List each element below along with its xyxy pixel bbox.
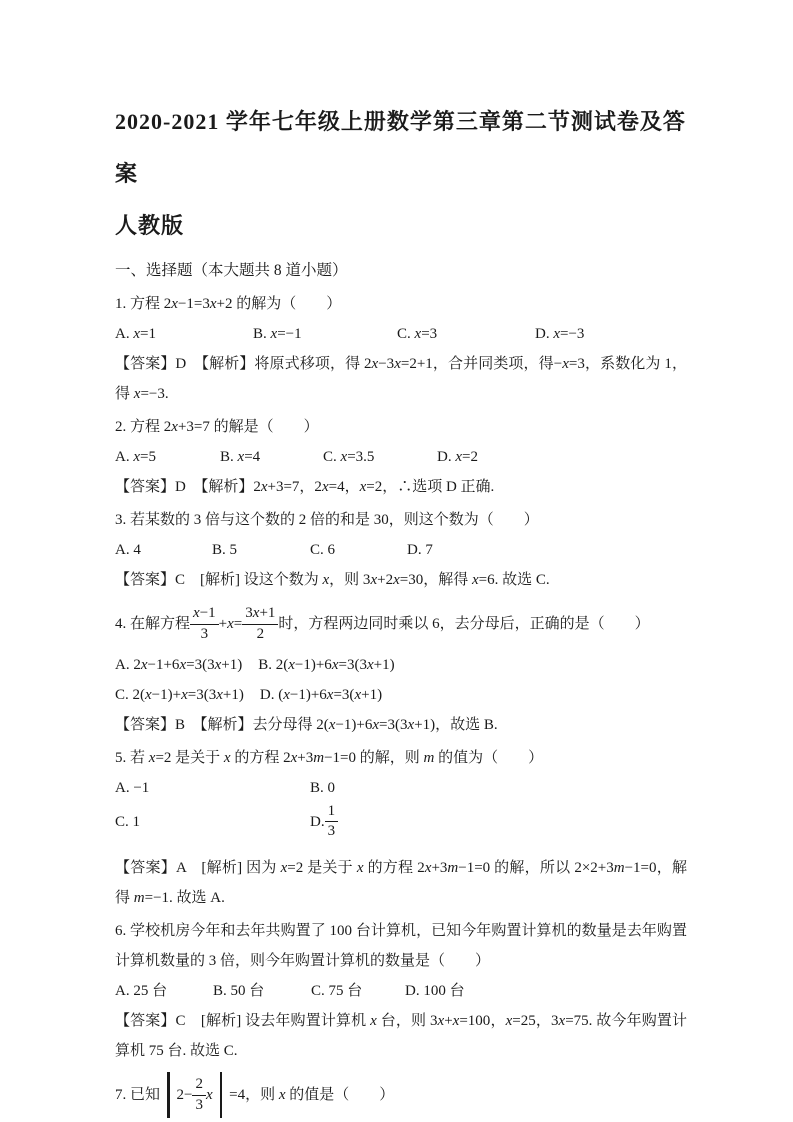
- fraction: x−1 3: [190, 605, 219, 643]
- question-2: 2. 方程 2x+3=7 的解是（ ） A. x=5 B. x=4 C. x=3…: [115, 412, 687, 502]
- question-5-option-c: C. 1: [115, 807, 310, 837]
- question-6-option-c: C. 75 台: [311, 976, 405, 1006]
- question-4-stem-suffix: 时，方程两边同时乘以 6，去分母后，正确的是（ ）: [278, 609, 649, 639]
- question-3-option-d: D. 7: [407, 535, 433, 565]
- fraction-denominator: 3: [190, 625, 219, 643]
- question-4-option-c: C. 2(x−1)+x=3(3x+1): [115, 680, 244, 710]
- question-5-answer: 【答案】A [解析] 因为 x=2 是关于 x 的方程 2x+3m−1=0 的解…: [115, 853, 687, 913]
- question-7-stem-suffix: =4，则 x 的值是（ ）: [229, 1080, 394, 1110]
- question-2-option-d: D. x=2: [437, 442, 478, 472]
- question-1-option-b: B. x=−1: [253, 319, 397, 349]
- question-2-stem: 2. 方程 2x+3=7 的解是（ ）: [115, 412, 687, 442]
- question-6: 6. 学校机房今年和去年共购置了 100 台计算机，已知今年购置计算机的数量是去…: [115, 916, 687, 1066]
- question-6-option-b: B. 50 台: [213, 976, 311, 1006]
- question-3: 3. 若某数的 3 倍与这个数的 2 倍的和是 30，则这个数为（ ） A. 4…: [115, 505, 687, 595]
- title-line-2: 人教版: [115, 200, 687, 252]
- absolute-value-bar-right: [220, 1072, 223, 1118]
- fraction-numerator: x−1: [190, 605, 219, 624]
- question-2-option-c: C. x=3.5: [323, 442, 437, 472]
- question-1: 1. 方程 2x−1=3x+2 的解为（ ） A. x=1 B. x=−1 C.…: [115, 289, 687, 409]
- fraction-denominator: 3: [192, 1096, 206, 1114]
- question-6-option-a: A. 25 台: [115, 976, 213, 1006]
- question-3-option-b: B. 5: [212, 535, 310, 565]
- fraction-numerator: 2: [192, 1076, 206, 1095]
- question-4-option-a: A. 2x−1+6x=3(3x+1): [115, 650, 242, 680]
- title-line-1: 2020-2021 学年七年级上册数学第三章第二节测试卷及答案: [115, 96, 687, 200]
- fraction: 3x+1 2: [242, 605, 278, 643]
- question-1-option-c: C. x=3: [397, 319, 535, 349]
- question-4-answer: 【答案】B 【解析】去分母得 2(x−1)+6x=3(3x+1)，故选 B.: [115, 710, 687, 740]
- question-5-option-d: D. 1 3: [310, 803, 338, 841]
- question-5-option-b: B. 0: [310, 773, 335, 803]
- question-4-option-b: B. 2(x−1)+6x=3(3x+1): [258, 650, 394, 680]
- question-3-answer: 【答案】C [解析] 设这个数为 x，则 3x+2x=30，解得 x=6. 故选…: [115, 565, 687, 595]
- question-3-options: A. 4 B. 5 C. 6 D. 7: [115, 535, 687, 565]
- question-6-options: A. 25 台 B. 50 台 C. 75 台 D. 100 台: [115, 976, 687, 1006]
- fraction: 1 3: [325, 803, 339, 841]
- fraction-denominator: 2: [242, 625, 278, 643]
- question-5-option-a: A. −1: [115, 773, 310, 803]
- question-3-option-a: A. 4: [115, 535, 212, 565]
- question-7-abs-term-pre: 2−: [177, 1080, 193, 1110]
- question-2-options: A. x=5 B. x=4 C. x=3.5 D. x=2: [115, 442, 687, 472]
- question-7-stem: 7. 已知 2− 2 3 x =4，则 x 的值是（ ）: [115, 1069, 687, 1121]
- question-1-options: A. x=1 B. x=−1 C. x=3 D. x=−3: [115, 319, 687, 349]
- question-5-option-d-label: D.: [310, 807, 325, 837]
- question-4-stem-mid: +x=: [219, 609, 243, 639]
- question-5-options-row-1: A. −1 B. 0: [115, 773, 687, 803]
- question-1-answer: 【答案】D 【解析】将原式移项，得 2x−3x=2+1，合并同类项，得−x=3，…: [115, 349, 687, 409]
- question-6-stem: 6. 学校机房今年和去年共购置了 100 台计算机，已知今年购置计算机的数量是去…: [115, 916, 687, 976]
- fraction-numerator: 1: [325, 803, 339, 822]
- question-4-stem: 4. 在解方程 x−1 3 +x= 3x+1 2 时，方程两边同时乘以 6，去分…: [115, 598, 687, 650]
- fraction: 2 3: [192, 1076, 206, 1114]
- question-4-options-row-2: C. 2(x−1)+x=3(3x+1) D. (x−1)+6x=3(x+1): [115, 680, 687, 710]
- fraction-denominator: 3: [325, 822, 339, 840]
- question-2-option-a: A. x=5: [115, 442, 220, 472]
- question-1-option-a: A. x=1: [115, 319, 253, 349]
- question-7: 7. 已知 2− 2 3 x =4，则 x 的值是（ ）: [115, 1069, 687, 1121]
- question-3-stem: 3. 若某数的 3 倍与这个数的 2 倍的和是 30，则这个数为（ ）: [115, 505, 687, 535]
- question-7-abs-term-post: x: [206, 1080, 213, 1110]
- question-4-option-d: D. (x−1)+6x=3(x+1): [260, 680, 382, 710]
- question-6-option-d: D. 100 台: [405, 976, 465, 1006]
- question-4: 4. 在解方程 x−1 3 +x= 3x+1 2 时，方程两边同时乘以 6，去分…: [115, 598, 687, 740]
- question-4-stem-prefix: 4. 在解方程: [115, 609, 190, 639]
- question-1-option-d: D. x=−3: [535, 319, 584, 349]
- document-page: 2020-2021 学年七年级上册数学第三章第二节测试卷及答案 人教版 一、选择…: [0, 0, 793, 1121]
- question-5: 5. 若 x=2 是关于 x 的方程 2x+3m−1=0 的解，则 m 的值为（…: [115, 743, 687, 913]
- question-3-option-c: C. 6: [310, 535, 407, 565]
- question-2-answer: 【答案】D 【解析】2x+3=7，2x=4，x=2，∴选项 D 正确.: [115, 472, 687, 502]
- document-title: 2020-2021 学年七年级上册数学第三章第二节测试卷及答案 人教版: [115, 96, 687, 252]
- fraction-numerator: 3x+1: [242, 605, 278, 624]
- question-7-stem-prefix: 7. 已知: [115, 1080, 160, 1110]
- question-4-options-row-1: A. 2x−1+6x=3(3x+1) B. 2(x−1)+6x=3(3x+1): [115, 650, 687, 680]
- question-2-option-b: B. x=4: [220, 442, 323, 472]
- question-5-options-row-2: C. 1 D. 1 3: [115, 803, 687, 853]
- question-5-stem: 5. 若 x=2 是关于 x 的方程 2x+3m−1=0 的解，则 m 的值为（…: [115, 743, 687, 773]
- absolute-value-bar-left: [167, 1072, 170, 1118]
- section-heading: 一、选择题（本大题共 8 道小题）: [115, 256, 687, 286]
- question-1-stem: 1. 方程 2x−1=3x+2 的解为（ ）: [115, 289, 687, 319]
- question-6-answer: 【答案】C [解析] 设去年购置计算机 x 台，则 3x+x=100，x=25，…: [115, 1006, 687, 1066]
